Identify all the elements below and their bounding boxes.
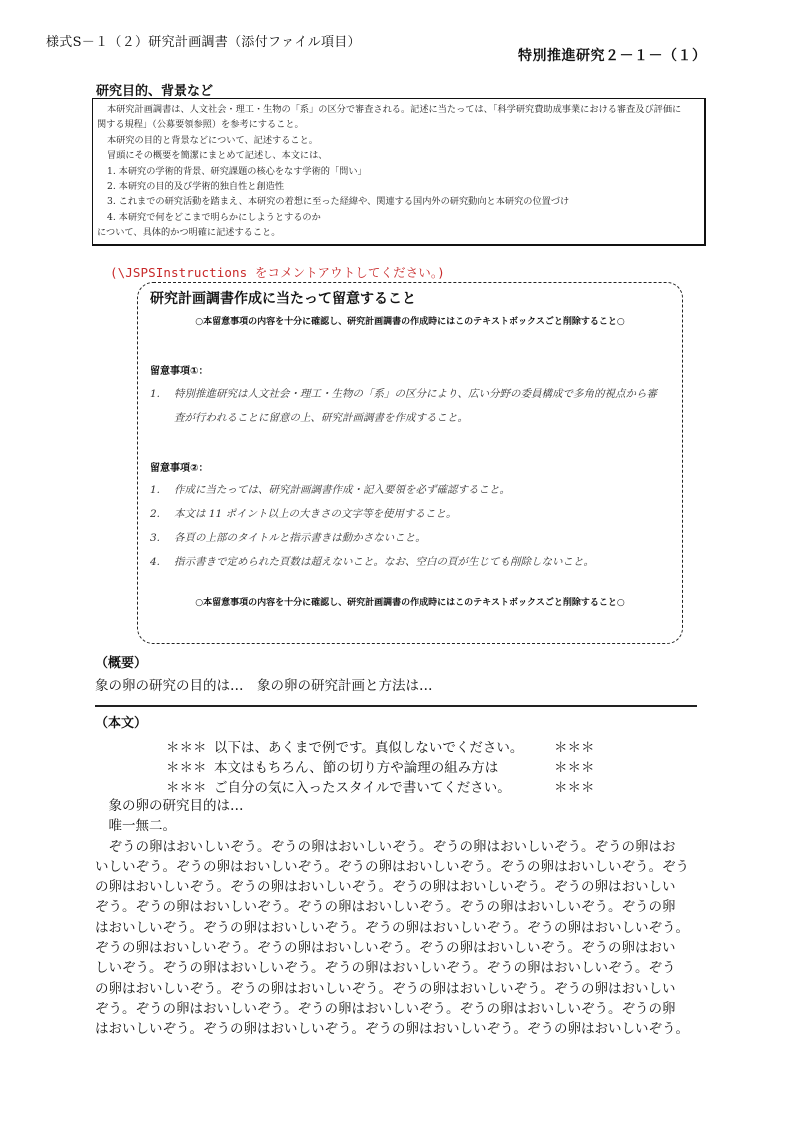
body-line: ぞう。ぞうの卵はおいしいぞう。ぞうの卵はおいしいぞう。ぞうの卵はおいしいぞう。ぞ… — [95, 999, 697, 1019]
star-marker: ＊＊＊ — [166, 736, 214, 756]
star-marker: ＊＊＊ — [554, 780, 595, 796]
example-notice-line: ＊＊＊以下は、あくまで例です。真似しないでください。＊＊＊ — [166, 736, 606, 756]
note-text: 指示書きで定められた頁数は超えないこと。なお、空白の頁が生じても削除しないこと。 — [174, 556, 594, 568]
example-notice-line: ＊＊＊ご自分の気に入ったスタイルで書いてください。＊＊＊ — [166, 776, 606, 796]
body-line: の卵はおいしいぞう。ぞうの卵はおいしいぞう。ぞうの卵はおいしいぞう。ぞうの卵はお… — [95, 979, 697, 999]
note-text: 本文は 11 ポイント以上の大きさの文字等を使用すること。 — [174, 508, 457, 520]
body-line: ぞう。ぞうの卵はおいしいぞう。ぞうの卵はおいしいぞう。ぞうの卵はおいしいぞう。ぞ… — [95, 897, 697, 917]
comment-out-warning: (\JSPSInstructions をコメントアウトしてください。) — [110, 263, 445, 281]
instruction-line: 本研究の目的と背景などについて、記述すること。 — [97, 133, 700, 148]
body-line: ぞうの卵はおいしいぞう。ぞうの卵はおいしいぞう。ぞうの卵はおいしいぞう。ぞうの卵… — [95, 938, 697, 958]
note-item: 2.本文は 11 ポイント以上の大きさの文字等を使用すること。 — [150, 506, 457, 521]
note-item-continuation: 査が行われることに留意の上、研究計画調書を作成すること。 — [174, 410, 468, 425]
note-number: 2. — [150, 508, 174, 520]
body-line: はおいしいぞう。ぞうの卵はおいしいぞう。ぞうの卵はおいしいぞう。ぞうの卵はおいし… — [95, 1019, 697, 1039]
note-item: 4.指示書きで定められた頁数は超えないこと。なお、空白の頁が生じても削除しないこ… — [150, 554, 594, 569]
note-text: 作成に当たっては、研究計画調書作成・記入要領を必ず確認すること。 — [174, 484, 510, 496]
body-line: ぞうの卵はおいしいぞう。ぞうの卵はおいしいぞう。ぞうの卵はおいしいぞう。ぞうの卵… — [95, 837, 697, 857]
star-marker: ＊＊＊ — [554, 740, 595, 756]
notes-group2-label: 留意事項②： — [150, 459, 208, 474]
notes-notice-top: ○本留意事項の内容を十分に確認し、研究計画調書の作成時にはこのテキストボックスご… — [137, 314, 683, 327]
note-text: 特別推進研究は人文社会・理工・生物の「系」の区分により、広い分野の委員構成で多角… — [174, 388, 657, 400]
instruction-line: 2. 本研究の目的及び学術的独自性と創造性 — [97, 179, 700, 194]
note-number: 3. — [150, 532, 174, 544]
summary-text: 象の卵の研究の目的は… 象の卵の研究計画と方法は… — [95, 674, 433, 694]
star-marker: ＊＊＊ — [166, 756, 214, 776]
notes-textbox[interactable] — [137, 282, 683, 644]
instruction-line: 本研究計画調書は、人文社会・理工・生物の「系」の区分で審査される。記述に当たって… — [97, 102, 700, 117]
body-line: 象の卵の研究目的は… — [95, 796, 697, 816]
instruction-line: 冒頭にその概要を簡潔にまとめて記述し、本文には、 — [97, 148, 700, 163]
note-number: 1. — [150, 388, 174, 400]
instruction-line: について、具体的かつ明確に記述すること。 — [97, 225, 700, 240]
page-id: 特別推進研究２－１－（１） — [518, 45, 707, 65]
note-item: 1.特別推進研究は人文社会・理工・生物の「系」の区分により、広い分野の委員構成で… — [150, 386, 657, 401]
body-line: はおいしいぞう。ぞうの卵はおいしいぞう。ぞうの卵はおいしいぞう。ぞうの卵はおいし… — [95, 918, 697, 938]
main-text-label: （本文） — [95, 712, 147, 731]
summary-label: （概要） — [95, 652, 147, 671]
notice-text: ご自分の気に入ったスタイルで書いてください。 — [214, 776, 554, 796]
notes-notice-bottom: ○本留意事項の内容を十分に確認し、研究計画調書の作成時にはこのテキストボックスご… — [137, 595, 683, 608]
notice-text: 本文はもちろん、節の切り方や論理の組み方は — [214, 756, 554, 776]
note-item: 1.作成に当たっては、研究計画調書作成・記入要領を必ず確認すること。 — [150, 482, 510, 497]
main-body: 象の卵の研究目的は… 唯一無二。 ぞうの卵はおいしいぞう。ぞうの卵はおいしいぞう… — [95, 796, 697, 1040]
star-marker: ＊＊＊ — [554, 760, 595, 776]
body-line: の卵はおいしいぞう。ぞうの卵はおいしいぞう。ぞうの卵はおいしいぞう。ぞうの卵はお… — [95, 877, 697, 897]
body-line: しいぞう。ぞうの卵はおいしいぞう。ぞうの卵はおいしいぞう。ぞうの卵はおいしいぞう… — [95, 958, 697, 978]
notice-text: 以下は、あくまで例です。真似しないでください。 — [214, 736, 554, 756]
note-number: 4. — [150, 556, 174, 568]
section-divider — [95, 705, 697, 707]
body-line: いしいぞう。ぞうの卵はおいしいぞう。ぞうの卵はおいしいぞう。ぞうの卵はおいしいぞ… — [95, 857, 697, 877]
note-number: 1. — [150, 484, 174, 496]
section-heading: 研究目的、背景など — [96, 80, 213, 99]
instruction-line: 関する規程」（公募要領参照）を参考にすること。 — [97, 117, 700, 132]
star-marker: ＊＊＊ — [166, 776, 214, 796]
body-line: 唯一無二。 — [95, 816, 697, 836]
note-item: 3.各頁の上部のタイトルと指示書きは動かさないこと。 — [150, 530, 426, 545]
instructions-box: 本研究計画調書は、人文社会・理工・生物の「系」の区分で審査される。記述に当たって… — [92, 98, 706, 246]
instruction-line: 4. 本研究で何をどこまで明らかにしようとするのか — [97, 210, 700, 225]
example-notice-line: ＊＊＊本文はもちろん、節の切り方や論理の組み方は＊＊＊ — [166, 756, 606, 776]
instruction-line: 1. 本研究の学術的背景、研究課題の核心をなす学術的「問い」 — [97, 164, 700, 179]
note-text: 各頁の上部のタイトルと指示書きは動かさないこと。 — [174, 532, 426, 544]
notes-group1-label: 留意事項①： — [150, 362, 208, 377]
form-title: 様式S－１（２）研究計画調書（添付ファイル項目） — [46, 31, 361, 50]
notes-title: 研究計画調書作成に当たって留意すること — [150, 288, 416, 308]
instruction-line: 3. これまでの研究活動を踏まえ、本研究の着想に至った経緯や、関連する国内外の研… — [97, 194, 700, 209]
